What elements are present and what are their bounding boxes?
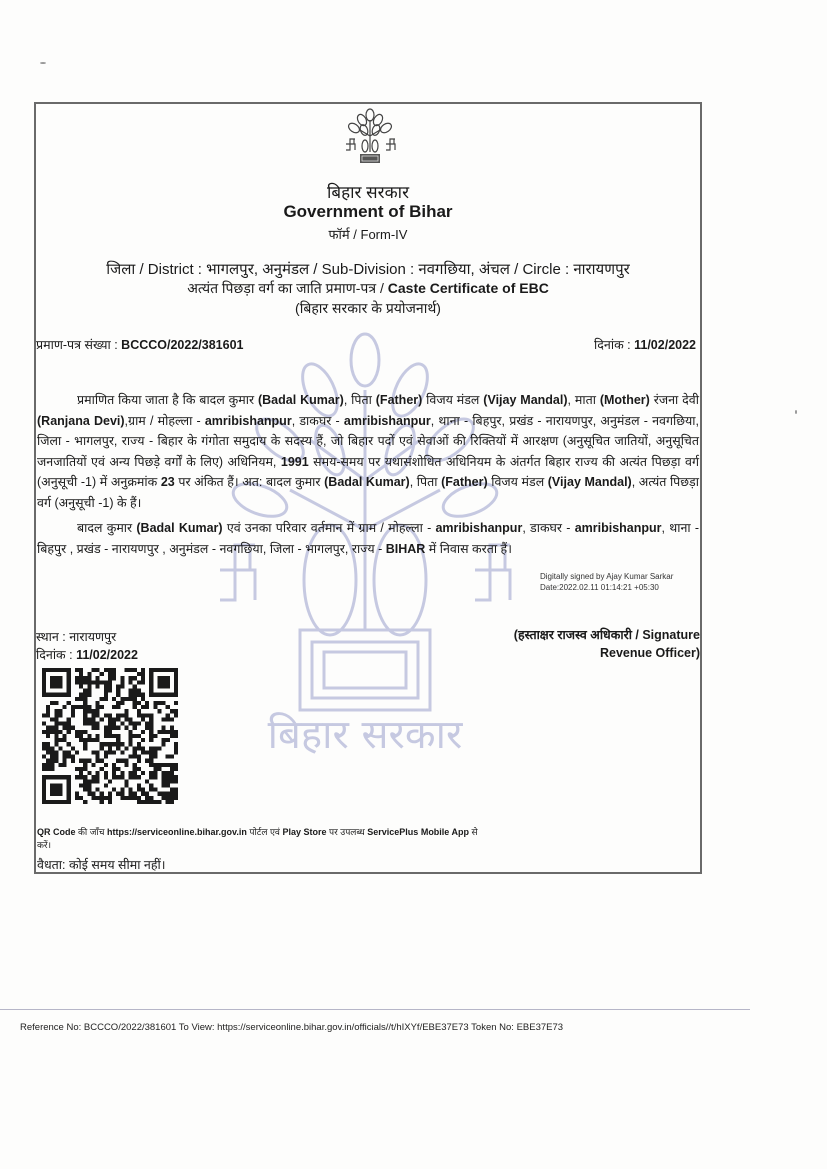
place-value: नारायणपुर [69, 630, 116, 644]
father-label: (Father) [376, 393, 423, 407]
footer-reference: Reference No: BCCCO/2022/381601 To View:… [20, 1022, 563, 1033]
place-label: स्थान : [36, 630, 69, 644]
place: स्थान : नारायणपुर [36, 628, 138, 646]
form-label-text: फॉर्म / Form-IV [329, 227, 408, 242]
certificate-purpose: (बिहार सरकार के प्रयोजनार्थ) [34, 299, 702, 318]
text: , पिता [344, 393, 376, 407]
subdivision-label: अनुमंडल / Sub-Division [262, 261, 406, 278]
scan-speck [795, 410, 797, 414]
text: में निवास करता हैं। [425, 542, 512, 556]
verification-link[interactable]: https://serviceonline.bihar.gov.in [107, 827, 247, 837]
qr-code-icon[interactable] [42, 668, 178, 804]
footer-divider [0, 1009, 750, 1010]
act-year: 1991 [281, 455, 309, 469]
bihar-emblem-icon [338, 108, 402, 166]
text: विजय मंडल [488, 475, 548, 489]
state: BIHAR [386, 542, 426, 556]
father-name: (Vijay Mandal) [483, 393, 567, 407]
text: की जाँच [78, 827, 107, 837]
qr-verification-note: QR Code की जाँच https://serviceonline.bi… [37, 826, 487, 852]
circle-label: अंचल / Circle [479, 261, 561, 278]
text: QR Code [37, 827, 78, 837]
jurisdiction-line: जिला / District : भागलपुर, अनुमंडल / Sub… [34, 259, 702, 279]
issue-date: दिनांक : 11/02/2022 [560, 336, 696, 353]
circle-value: नारायणपुर [573, 261, 629, 278]
applicant-name: (Badal Kumar) [258, 393, 344, 407]
district-label: जिला / District [106, 261, 193, 278]
text: , डाकघर - [522, 521, 574, 535]
certificate-number: प्रमाण-पत्र संख्या : BCCCO/2022/381601 [36, 336, 243, 353]
signature-line2: Revenue Officer) [480, 644, 700, 662]
text: एवं उनका परिवार वर्तमान में ग्राम / मोहल… [223, 521, 436, 535]
text: पोर्टल एवं [247, 827, 283, 837]
certificate-title: अत्यंत पिछड़ा वर्ग का जाति प्रमाण-पत्र /… [34, 279, 702, 298]
certificate-title-hindi: अत्यंत पिछड़ा वर्ग का जाति प्रमाण-पत्र / [187, 280, 388, 296]
place-date-block: स्थान : नारायणपुर दिनांक : 11/02/2022 [36, 628, 138, 664]
place-date-label: दिनांक : [36, 648, 76, 662]
digital-signature-date: Date:2022.02.11 01:14:21 +05:30 [540, 582, 700, 593]
place-date-value: 11/02/2022 [76, 648, 138, 662]
text: ServicePlus Mobile App [367, 827, 469, 837]
certificate-number-label: प्रमाण-पत्र संख्या : [36, 338, 121, 352]
post-office: amribishanpur [575, 521, 662, 535]
text: बादल कुमार [77, 521, 136, 535]
text: पर उपलब्ध [326, 827, 367, 837]
form-label: फॉर्म / Form-IV [34, 225, 702, 243]
signature-line1: (हस्ताक्षर राजस्व अधिकारी / Signature [480, 626, 700, 644]
serial-number: 23 [161, 475, 175, 489]
text: , डाकघर - [292, 414, 344, 428]
subdivision-value: नवगछिया [418, 261, 470, 278]
signature-block: (हस्ताक्षर राजस्व अधिकारी / Signature Re… [480, 626, 700, 662]
applicant-name: (Badal Kumar) [136, 521, 222, 535]
issue-date-value: 11/02/2022 [634, 338, 696, 352]
village: amribishanpur [205, 414, 292, 428]
text: , माता [568, 393, 600, 407]
certificate-number-value: BCCCO/2022/381601 [121, 338, 243, 352]
residence-paragraph: बादल कुमार (Badal Kumar) एवं उनका परिवार… [37, 518, 699, 559]
mother-name: (Ranjana Devi) [37, 414, 125, 428]
text: पर अंकित हैं। अत: बादल कुमार [175, 475, 324, 489]
text: ,ग्राम / मोहल्ला - [125, 414, 205, 428]
text: Play Store [282, 827, 326, 837]
government-title-english: Government of Bihar [34, 202, 702, 222]
village: amribishanpur [435, 521, 522, 535]
text: , पिता [410, 475, 441, 489]
certificate-title-english: Caste Certificate of EBC [388, 280, 549, 296]
scan-speck [40, 62, 46, 64]
father-label: (Father) [441, 475, 488, 489]
issue-date-label: दिनांक : [594, 338, 634, 352]
text: प्रमाणित किया जाता है कि बादल कुमार [77, 393, 258, 407]
post-office: amribishanpur [344, 414, 431, 428]
digital-signature-signer: Digitally signed by Ajay Kumar Sarkar [540, 571, 700, 582]
text: रंजना देवी [650, 393, 699, 407]
mother-label: (Mother) [600, 393, 650, 407]
district-value: भागलपुर [206, 261, 254, 278]
text: विजय मंडल [422, 393, 483, 407]
digital-signature: Digitally signed by Ajay Kumar Sarkar Da… [490, 571, 700, 593]
certification-paragraph: प्रमाणित किया जाता है कि बादल कुमार (Bad… [37, 390, 699, 514]
place-date: दिनांक : 11/02/2022 [36, 646, 138, 664]
father-name: (Vijay Mandal) [548, 475, 632, 489]
applicant-name: (Badal Kumar) [324, 475, 410, 489]
government-title-hindi: बिहार सरकार [34, 180, 702, 203]
validity-note: वैधता: कोई समय सीमा नहीं। [37, 856, 165, 873]
